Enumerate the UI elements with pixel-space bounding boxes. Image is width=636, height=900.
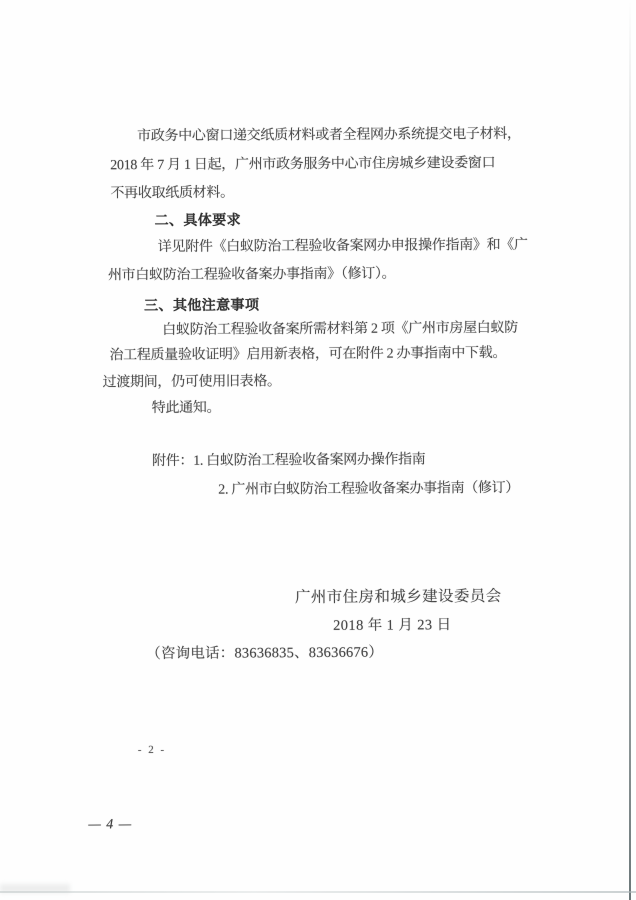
page-number-outer: — 4 — bbox=[88, 818, 132, 832]
contact-phone: （咨询电话：83636835、83636676） bbox=[146, 646, 383, 662]
section-heading-3: 三、其他注意事项 bbox=[144, 297, 259, 312]
document-line: 不再收取纸质材料。 bbox=[110, 187, 233, 202]
page-right-edge bbox=[629, 0, 631, 900]
page-bottom-edge bbox=[0, 891, 636, 893]
document-content: 市政务中心窗口递交纸质材料或者全程网办系统提交电子材料， 2018 年 7 月 … bbox=[0, 0, 636, 900]
document-line: 治工程质量验收证明》启用新表格，可在附件 2 办事指南中下载。 bbox=[109, 347, 506, 363]
attachment-line-2: 2. 广州市白蚁防治工程验收备案办事指南（修订） bbox=[218, 482, 519, 498]
document-line: 详见附件《白蚁防治工程验收备案网办申报操作指南》和《广 bbox=[158, 239, 528, 255]
document-line: 市政务中心窗口递交纸质材料或者全程网办系统提交电子材料， bbox=[137, 128, 521, 144]
signature-org: 广州市住房和城乡建设委员会 bbox=[295, 589, 502, 606]
document-line: 过渡期间，仍可使用旧表格。 bbox=[103, 375, 281, 390]
document-line: 2018 年 7 月 1 日起，广州市政务服务中心市住房城乡建设委窗口 bbox=[110, 157, 495, 173]
document-line: 白蚁防治工程验收备案所需材料第 2 项《广州市房屋白蚁防 bbox=[162, 322, 518, 338]
signature-date: 2018 年 1 月 23 日 bbox=[333, 618, 451, 633]
notice-line: 特此通知。 bbox=[152, 402, 221, 416]
section-heading-2: 二、具体要求 bbox=[155, 212, 241, 227]
scanned-document-page: 市政务中心窗口递交纸质材料或者全程网办系统提交电子材料， 2018 年 7 月 … bbox=[0, 0, 636, 900]
document-line: 州市白蚁防治工程验收备案办事指南》（修订）。 bbox=[108, 268, 395, 284]
page-number-inner: - 2 - bbox=[138, 745, 166, 756]
attachment-line-1: 附件：1. 白蚁防治工程验收备案网办操作指南 bbox=[152, 453, 425, 469]
